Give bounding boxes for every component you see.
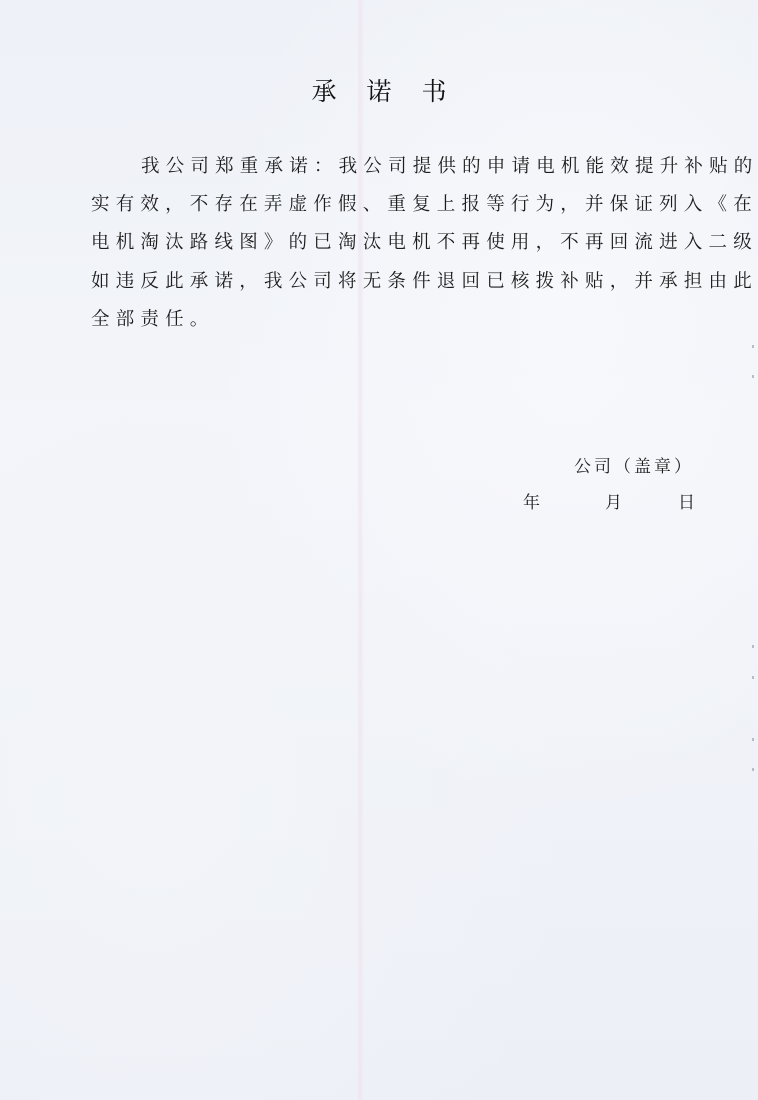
document-title: 承诺书	[0, 72, 758, 108]
paragraph-line: 如违反此承诺，我公司将无条件退回已核拨补贴，并承担由此产生的	[91, 263, 699, 301]
margin-mark	[752, 375, 754, 378]
company-seal-label: 公司（盖章）	[574, 452, 694, 477]
margin-mark	[752, 676, 754, 679]
margin-mark	[752, 645, 754, 648]
margin-mark	[752, 345, 754, 348]
margin-mark	[752, 768, 754, 771]
paragraph-line: 电机淘汰路线图》的已淘汰电机不再使用，不再回流进入二级市场。	[91, 224, 699, 262]
date-month-label: 月	[605, 488, 622, 513]
paragraph-line: 我公司郑重承诺：我公司提供的申请电机能效提升补贴的材料真	[91, 148, 699, 186]
paragraph-line: 实有效，不存在弄虚作假、重复上报等行为，并保证列入《在用低效	[91, 186, 699, 224]
margin-mark	[752, 738, 754, 741]
paragraph-line: 全部责任。	[91, 301, 699, 339]
date-day-label: 日	[678, 488, 695, 513]
scanned-page: 承诺书 我公司郑重承诺：我公司提供的申请电机能效提升补贴的材料真 实有效，不存在…	[0, 0, 758, 1100]
commitment-paragraph: 我公司郑重承诺：我公司提供的申请电机能效提升补贴的材料真 实有效，不存在弄虚作假…	[91, 148, 699, 339]
date-year-label: 年	[523, 488, 540, 513]
